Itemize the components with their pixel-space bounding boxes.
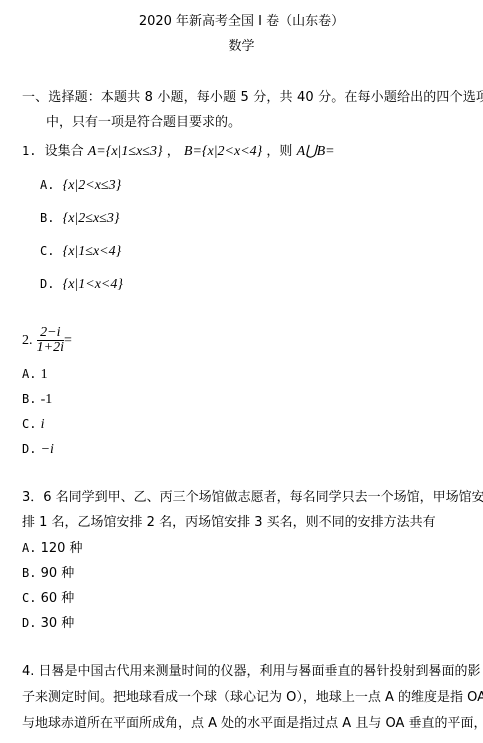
question-3-option-d: D. 30 种 xyxy=(22,615,74,632)
option-label: C. xyxy=(22,591,36,605)
math-union-expr: A⋃B= xyxy=(297,144,335,159)
question-3-line1: 3．6 名同学到甲、乙、丙三个场馆做志愿者，每名同学只去一个场馆，甲场馆安 xyxy=(22,490,483,506)
question-3-option-c: C. 60 种 xyxy=(22,590,74,607)
question-4-line2: 子来测定时间。把地球看成一个球（球心记为 O），地球上一点 A 的维度是指 OA xyxy=(22,690,483,706)
option-value: {x|1≤x<4} xyxy=(63,244,122,259)
equals-sign: = xyxy=(64,333,72,348)
exam-subject: 数学 xyxy=(0,39,483,55)
fraction-numerator: 2−i xyxy=(37,326,64,341)
question-2-option-d: D. −i xyxy=(22,441,54,458)
question-2-option-b: B. -1 xyxy=(22,391,52,408)
question-number: 1. xyxy=(22,144,36,158)
question-2-option-a: A. 1 xyxy=(22,366,48,383)
option-label: C. xyxy=(40,244,54,258)
question-1-option-a: A. {x|2<x≤3} xyxy=(40,177,121,194)
separator: ， xyxy=(167,144,180,159)
question-2-option-c: C. i xyxy=(22,416,44,433)
option-label: D. xyxy=(22,616,36,630)
option-value: {x|2≤x≤3} xyxy=(63,211,120,226)
option-value: 120 种 xyxy=(41,541,83,556)
question-text: ，则 xyxy=(266,144,292,159)
fraction: 2−i 1+2i xyxy=(37,326,64,355)
exam-title: 2020 年新高考全国 I 卷（山东卷） xyxy=(0,14,483,30)
question-text: 设集合 xyxy=(45,144,84,159)
option-label: B. xyxy=(22,392,36,406)
question-1-stem: 1. 设集合 A={x|1≤x≤3} ， B={x|2<x<4} ，则 A⋃B= xyxy=(22,143,335,160)
question-1-option-b: B. {x|2≤x≤3} xyxy=(40,210,119,227)
math-set-a: A={x|1≤x≤3} xyxy=(88,144,163,159)
question-3-option-a: A. 120 种 xyxy=(22,540,83,557)
section-instructions-line1: 一、选择题：本题共 8 小题，每小题 5 分，共 40 分。在每小题给出的四个选… xyxy=(22,90,483,106)
option-label: C. xyxy=(22,417,36,431)
option-label: B. xyxy=(40,211,54,225)
fraction-denominator: 1+2i xyxy=(37,341,64,355)
option-label: B. xyxy=(22,566,36,580)
option-label: A. xyxy=(40,178,54,192)
option-value: 30 种 xyxy=(41,616,75,631)
option-value: 90 种 xyxy=(41,566,75,581)
option-value: {x|1<x<4} xyxy=(63,277,123,292)
option-label: A. xyxy=(22,367,36,381)
option-label: D. xyxy=(40,277,54,291)
option-label: D. xyxy=(22,442,36,456)
question-3-option-b: B. 90 种 xyxy=(22,565,74,582)
option-value: 1 xyxy=(41,367,48,382)
math-set-b: B={x|2<x<4} xyxy=(184,144,262,159)
option-value: i xyxy=(41,417,45,432)
section-instructions-line2: 中，只有一项是符合题目要求的。 xyxy=(46,115,241,131)
option-value: 60 种 xyxy=(41,591,75,606)
question-1-option-c: C. {x|1≤x<4} xyxy=(40,243,121,260)
question-1-option-d: D. {x|1<x<4} xyxy=(40,276,123,293)
option-value: {x|2<x≤3} xyxy=(63,178,122,193)
question-4-line1: 4. 日晷是中国古代用来测量时间的仪器，利用与晷面垂直的晷针投射到晷面的影 xyxy=(22,664,481,680)
option-value: -1 xyxy=(41,392,53,407)
question-number: 2. xyxy=(22,333,33,348)
option-label: A. xyxy=(22,541,36,555)
question-4-line3: 与地球赤道所在平面所成角，点 A 处的水平面是指过点 A 且与 OA 垂直的平面… xyxy=(22,716,483,732)
question-2-stem: 2. 2−i 1+2i = xyxy=(22,326,72,356)
option-value: −i xyxy=(41,442,54,457)
question-3-line2: 排 1 名，乙场馆安排 2 名，丙场馆安排 3 买名，则不同的安排方法共有 xyxy=(22,515,436,531)
